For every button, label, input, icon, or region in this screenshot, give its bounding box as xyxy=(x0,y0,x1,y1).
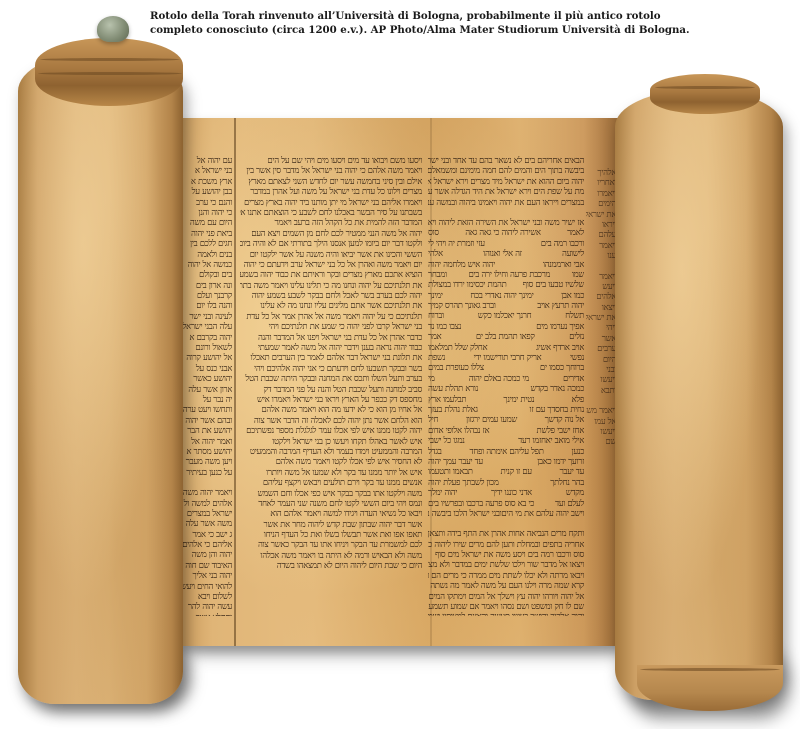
hebrew-text-segment: זה אלי ואנוהו xyxy=(483,249,522,259)
song-of-the-sea-line: אפיך נערמו מיםנצבו כמו נד xyxy=(428,322,584,332)
song-of-the-sea-line: וישב יהוה עלהם את מי היםובני ישראל הלכו … xyxy=(428,509,584,519)
hebrew-text-line: יהושע מסתר א xyxy=(180,447,232,457)
hebrew-text-segment: לעלם ועד xyxy=(555,499,584,509)
hebrew-text-segment: יהוה איש מלחמה יהוה xyxy=(428,260,495,270)
parchment-seam xyxy=(234,118,236,646)
hebrew-text-line: את ישראל xyxy=(586,210,616,220)
hebrew-text-line: היום כי שבת היום ליהוה היום לא תמצאהו בש… xyxy=(240,561,422,571)
text-column-left-narrow: עם יהוה אלבני ישראל אארץ משכת אבבן יהושע… xyxy=(180,156,232,616)
song-of-the-sea-line: אז ישיר משה ובני ישראל את השירה הזאת ליה… xyxy=(428,218,584,228)
hebrew-text-line: המדבר הזה להמית את כל הקהל הזה ברעב ויאמ… xyxy=(240,218,422,228)
hebrew-text-segment: תשלח xyxy=(565,311,584,321)
song-of-the-sea-line: עד יעברעם זו קניתתבאמו ותטעמו xyxy=(428,467,584,477)
hebrew-text-line: ארץ משכת א xyxy=(180,177,232,187)
hebrew-text-line: והנה בלו יום xyxy=(180,301,232,311)
hebrew-text-segment: אלהי xyxy=(428,249,443,259)
hebrew-text-segment: סוס xyxy=(428,228,439,238)
hebrew-text-line: בני ישראל קרבו לפני יהוה כי שמע את תלנתי… xyxy=(240,322,422,332)
hebrew-text-line: ויאמר xyxy=(586,272,616,282)
hebrew-text-line: ואמר יהוה אל xyxy=(180,437,232,447)
song-of-the-sea-line: אבי וארממנהויהוה איש מלחמה יהוה xyxy=(428,260,584,270)
hebrew-text-segment: מקדש xyxy=(566,488,584,498)
hebrew-text-segment: אמר xyxy=(428,332,441,342)
hebrew-text-line: ויצאו אל מדבר שור וילכו שלשת ימים במדבר … xyxy=(428,560,584,570)
hebrew-text-segment: חיל xyxy=(428,415,438,425)
parchment-sheet: עם יהוה אלבני ישראל אארץ משכת אבבן יהושע… xyxy=(176,118,634,646)
hebrew-text-segment: נטית ימינך xyxy=(503,395,534,405)
hebrew-text-line: מת על שפת הים וירא ישראל את היד הגדלה אש… xyxy=(428,187,584,197)
song-of-the-sea-line: אחז ישבי פלשתאז נבהלו אלופי אדום xyxy=(428,426,584,436)
hebrew-text-segment: שלשיו טבעו בים סוף xyxy=(523,280,584,290)
hebrew-text-line: יהוה בני אליך xyxy=(180,571,232,581)
hebrew-text-segment: אשירה ליהוה כי גאה גאה xyxy=(465,228,540,238)
hebrew-text-segment: צללו כעופרת במים xyxy=(428,363,484,373)
song-of-the-sea-line: בהר נחלתךמכון לשבתך פעלת יהוה xyxy=(428,478,584,488)
hebrew-text-segment: יהוה ימלך xyxy=(428,488,457,498)
hebrew-text-line: משה וילקטו אתו בבקר בבקר איש כפי אכלו וח… xyxy=(240,489,422,499)
hebrew-text-segment: וברב גאונך תהרס קמיך xyxy=(428,301,496,311)
hebrew-text-line: במצרים וייראו העם את יהוה ויאמינו ביהוה … xyxy=(428,198,584,208)
song-of-the-sea-line: אדיריםמי כמכה באלם יהוהמי xyxy=(428,374,584,384)
hebrew-text-line: ויסעו משם ויבואו עד מים ויסעו מים ויהי ש… xyxy=(240,156,422,166)
hebrew-text-segment: תבאמו ותטעמו xyxy=(428,467,473,477)
hebrew-text-segment: אל נוה קדשך xyxy=(545,415,584,425)
hebrew-text-line: ויען משה מעבר xyxy=(180,457,232,467)
hebrew-text-line: לא החסיר איש לפי אכלו לקטו ויאמר משה אלה… xyxy=(240,457,422,467)
hebrew-text-line: אבני כנס על xyxy=(180,364,232,374)
hebrew-text-line: הוציא אתכם מארץ מצרים ובקר וראיתם את כבו… xyxy=(240,270,422,280)
hebrew-text-segment: עם זו קנית xyxy=(500,467,531,477)
hebrew-text-line: לשלום ויבא xyxy=(180,592,232,602)
hebrew-text-segment: ומבחר xyxy=(428,270,447,280)
hebrew-text-line: ותחשו ויעט ערה xyxy=(180,405,232,415)
hebrew-text-line: ענו xyxy=(586,251,616,261)
hebrew-text-segment: אדירים xyxy=(563,374,584,384)
hebrew-text-line: הששי והכינו את אשר יביאו והיה משנה על אש… xyxy=(240,250,422,260)
hebrew-text-line: היום עם משה xyxy=(180,218,232,228)
song-of-the-sea-line: יהוה תרעץ אויבוברב גאונך תהרס קמיך xyxy=(428,301,584,311)
hebrew-text-line: יהוה אלהיך והישר בעיניו תעשה והאזנת למצו… xyxy=(428,612,584,616)
hebrew-text-line: יהוה לקטו ממנו איש לפי אכלו עמר לגלגלת מ… xyxy=(240,426,422,436)
hebrew-text-line: יהושע את הבר xyxy=(180,426,232,436)
hebrew-text-line: ויבאו מרתה ולא יכלו לשתת מים ממרה כי מרי… xyxy=(428,571,584,581)
hebrew-text-segment: חרנך יאכלמו כקש xyxy=(478,311,532,321)
hebrew-text-segment: אחלק שלל תמלאמו xyxy=(428,343,487,353)
hebrew-text-line: ויאמר יהוה משה xyxy=(180,488,232,498)
hebrew-text-line: ויבאו כל נשיאי העדה ויגידו למשה ויאמר אל… xyxy=(240,509,422,519)
hebrew-text-segment: כמכה נאדר בקדש xyxy=(530,384,584,394)
hebrew-text-line: ולקטו דבר יום ביומו למען אנסנו הילך בתור… xyxy=(240,239,422,249)
text-column-middle: ויסעו משם ויבואו עד מים ויסעו מים ויהי ש… xyxy=(240,156,422,576)
song-of-the-sea-line: שלשיו טבעו בים סוףתהמת יכסימו ירדו במצול… xyxy=(428,280,584,290)
hebrew-text-line: מחספס דק ככפר על הארץ ויראו בני ישראל וי… xyxy=(240,395,422,405)
hebrew-text-line: בשר ובבקר תשבעו לחם וידעתם כי אני יהוה א… xyxy=(240,364,422,374)
hebrew-text-line: המרבה והממעיט וימדו בעמר ולא העדיף המרבה… xyxy=(240,447,422,457)
hebrew-text-segment: אז נבהלו אלופי אדום xyxy=(428,426,489,436)
hebrew-text-line: אלהים למשה ול xyxy=(180,499,232,509)
hebrew-text-segment: בגדל xyxy=(428,447,442,457)
hebrew-text-line: אל אחיו מן הוא כי לא ידעו מה הוא ויאמר מ… xyxy=(240,405,422,415)
hebrew-text-segment: אילי מואב יאחזמו רעד xyxy=(518,436,584,446)
hebrew-text-line: יהושע כאשר xyxy=(180,374,232,384)
hebrew-text-line: בים ובקולם xyxy=(180,270,232,280)
hebrew-text-line: ארון אשר עלה xyxy=(180,385,232,395)
hebrew-text-segment: נצבו כמו נד xyxy=(428,322,461,332)
hebrew-text-line: בני ישראל א xyxy=(180,166,232,176)
hebrew-text-line: ויעשו xyxy=(586,375,616,385)
hebrew-text-line: ביאת פני יהוה xyxy=(180,229,232,239)
hebrew-text-line: שם xyxy=(586,437,616,447)
hebrew-text-line: אל יהוה ויורהו יהוה עץ וישלך אל המים וימ… xyxy=(428,592,584,602)
hebrew-text-segment: עזי וזמרת יה ויהי לי xyxy=(428,239,485,249)
song-of-the-sea-line: אויב ארדף אשיגאחלק שלל תמלאמו xyxy=(428,343,584,353)
hebrew-text-line: אשר דבר יהוה שבתון שבת קדש ליהוה מחר את … xyxy=(240,520,422,530)
hebrew-text-line: אל עמו xyxy=(586,417,616,427)
song-of-the-sea-line: נחית בחסדך עם זוגאלת נהלת בעזך xyxy=(428,405,584,415)
hebrew-text-line: עשה יהוה להר xyxy=(180,602,232,612)
hebrew-text-line: ויאמרו xyxy=(586,189,616,199)
hebrew-text-line: לכם למשמרת עד הבקר ויניחו אתו עד הבקר כא… xyxy=(240,540,422,550)
left-roller-band xyxy=(38,72,182,75)
hebrew-text-line: סביב למחנה ותעל שכבת הטל והנה על פני המד… xyxy=(240,385,422,395)
hebrew-text-line: ויראו xyxy=(586,220,616,230)
hebrew-text-line: יה נבר על xyxy=(180,395,232,405)
hebrew-text-segment: אריק חרבי תורישמו ידי xyxy=(474,353,542,363)
hebrew-text-line: איש אל יותר ממנו עד בקר ולא שמעו אל משה … xyxy=(240,468,422,478)
hebrew-text-line: שם לו חק ומשפט ושם נסהו ויאמר אם שמוע תש… xyxy=(428,602,584,612)
hebrew-text-line: אל יהושע קרוה xyxy=(180,353,232,363)
hebrew-text-segment: תבלעמו ארץ xyxy=(428,395,466,405)
hebrew-text-line: ויאמרו אליהם בני ישראל מי יתן מותנו ביד … xyxy=(240,198,422,208)
hebrew-text-segment: ימינך xyxy=(428,291,443,301)
hebrew-text-line: ובהם אשר יהוה xyxy=(180,416,232,426)
hebrew-text-line: ויצאו xyxy=(586,303,616,313)
hebrew-text-segment: כי בא סוס פרעה ברכבו ובפרשיו בים xyxy=(428,499,534,509)
hebrew-text-line: ותבא xyxy=(586,386,616,396)
hebrew-text-segment: לישועה xyxy=(562,249,584,259)
right-roller-band xyxy=(640,668,780,671)
hebrew-text-line: עלה הבני ישראל xyxy=(180,322,232,332)
hebrew-text-segment: נזלים xyxy=(569,332,584,342)
hebrew-text-line: היום xyxy=(586,355,616,365)
hebrew-text-segment: ובני ישראל הלכו ביבשה בתוך הים xyxy=(428,509,501,519)
hebrew-text-line: תאפו אפו ואת אשר תבשלו בשלו ואת כל העדף … xyxy=(240,530,422,540)
hebrew-text-line: אחריה בתפים ובמחלת ותען להם מרים שירו לי… xyxy=(428,540,584,550)
hebrew-text-segment: אפיך נערמו מים xyxy=(536,322,584,332)
hebrew-text-line: את תלנתיכם אשר אתם מלינים עליו ונחנו מה … xyxy=(240,301,422,311)
hebrew-text-segment: קפאו תהמת בלב ים xyxy=(476,332,535,342)
hebrew-text-line: משה ולא הבאיש ורמה לא היתה בו ויאמר משה … xyxy=(240,551,422,561)
hebrew-text-line: ויעשו xyxy=(586,427,616,437)
hebrew-text-segment: כנען xyxy=(572,447,584,457)
right-roller-top-cap xyxy=(650,74,760,114)
hebrew-text-line: ויעש xyxy=(586,282,616,292)
hebrew-text-line: ערבים xyxy=(586,344,616,354)
hebrew-text-line: כבוד יהוה נראה בענן וידבר יהוה אל משה לא… xyxy=(240,343,422,353)
hebrew-text-line: בנים ולאמה xyxy=(180,250,232,260)
hebrew-text-line: יום ויאמר משה ואהרן אל כל בני ישראל ערב … xyxy=(240,260,422,270)
hebrew-text-segment: שמו xyxy=(572,270,584,280)
song-of-the-sea-line: תשלחחרנך יאכלמו כקשוברוח xyxy=(428,311,584,321)
hebrew-text-line: בערב ותעל השלו ותכס את המחנה ובבקר היתה … xyxy=(240,374,422,384)
hebrew-text-segment: וישב יהוה עלהם את מי הים xyxy=(501,509,584,519)
hebrew-text-segment: זרועך ידמו כאבן xyxy=(537,457,584,467)
hebrew-text-line: קרא שמה מרה וילנו העם על משה לאמר מה נשת… xyxy=(428,581,584,591)
hebrew-text-line: חגים ללכם בין xyxy=(180,239,232,249)
song-of-the-sea-line: כמו אבןימינך יהוה נאדרי בכחימינך xyxy=(428,291,584,301)
hebrew-text-segment: יהוה תרעץ אויב xyxy=(537,301,584,311)
hebrew-text-segment: נפשי xyxy=(570,353,584,363)
song-of-the-sea-line: כנעןתפל עליהם אימתה ופחדבגדל xyxy=(428,447,584,457)
hebrew-text-line: מצרים וילונו כל עדת בני ישראל על משה ועל… xyxy=(240,187,422,197)
right-roller-band xyxy=(655,86,755,89)
hebrew-text-line: יהוה אל משה הנני ממטיר לכם לחם מן השמים … xyxy=(240,229,422,239)
hebrew-text-line: יהוה בקרבם א xyxy=(180,333,232,343)
text-column-partial: אלהיךואחריוויאמרוהימיםאת ישראלויראועלהםו… xyxy=(586,168,616,608)
hebrew-text-segment: ורכבו רמה בים xyxy=(541,239,584,249)
hebrew-text-line: ואחריו xyxy=(586,178,616,188)
hebrew-text-segment: מי xyxy=(428,374,435,384)
hebrew-text-line: ותקח מרים הנביאה אחות אהרן את התף בידה ו… xyxy=(428,529,584,539)
song-of-the-sea-line: פלאנטית ימינךתבלעמו ארץ xyxy=(428,395,584,405)
text-column-right-song: הבאים אחריהם בים לא נשאר בהם עד אחד ובני… xyxy=(428,156,584,616)
song-of-the-sea-line: אל נוה קדשךשמעו עמים ירגזוןחיל xyxy=(428,415,584,425)
hebrew-text-segment: לאמר xyxy=(567,228,584,238)
hebrew-text-segment: וברוח xyxy=(428,311,444,321)
hebrew-text-segment: מכון לשבתך פעלת יהוה xyxy=(428,478,499,488)
song-of-the-sea-line: לישועהזה אלי ואנוהואלהי xyxy=(428,249,584,259)
hebrew-text-segment: נמגו כל ישבי xyxy=(428,436,465,446)
hebrew-text-segment: כמו אבן xyxy=(561,291,584,301)
left-roller-band xyxy=(40,58,180,61)
hebrew-text-line: ויאמר xyxy=(586,241,616,251)
song-of-the-sea-line: נזליםקפאו תהמת בלב יםאמר xyxy=(428,332,584,342)
hebrew-text-line: והנם כי ערב xyxy=(180,198,232,208)
song-of-the-sea-line: לעלם ועדכי בא סוס פרעה ברכבו ובפרשיו בים xyxy=(428,499,584,509)
hebrew-text-line: ונמס ויהי ביום הששי לקטו לחם משנה שני הע… xyxy=(240,499,422,509)
hebrew-text-segment: גאלת נהלת בעזך xyxy=(428,405,478,415)
hebrew-text-segment: אבי וארממנהו xyxy=(543,260,584,270)
hebrew-text-line: להואי החים ויעשו xyxy=(180,582,232,592)
hebrew-text-line: אליהם כי אלהים xyxy=(180,540,232,550)
hebrew-text-segment: אויב ארדף אשיג xyxy=(536,343,584,353)
hebrew-text-segment: תפל עליהם אימתה ופחד xyxy=(470,447,544,457)
hebrew-text-line: הוא הלחם אשר נתן יהוה לכם לאכלה זה הדבר … xyxy=(240,416,422,426)
hebrew-text-segment: פלא xyxy=(572,395,584,405)
hebrew-text-segment: תהמת יכסימו ירדו במצולת xyxy=(428,280,506,290)
hebrew-text-segment: נורא תהלת עשה xyxy=(428,384,478,394)
hebrew-text-segment: נשפת xyxy=(428,353,445,363)
hebrew-text-line: קרבנך ועלם xyxy=(180,291,232,301)
hebrew-text-line: את תלונת בני ישראל דבר אלהם לאמר בין הער… xyxy=(240,353,422,363)
hebrew-text-line: הבאים אחריהם בים לא נשאר בהם עד אחד ובני… xyxy=(428,156,584,166)
hebrew-text-segment: שמעו עמים ירגזון xyxy=(466,415,517,425)
hebrew-text-line: אשר xyxy=(586,334,616,344)
hebrew-text-line: סוס ורכבו רמה בים ויסע משה את ישראל מים … xyxy=(428,550,584,560)
hebrew-text-segment: מרכבת פרעה וחילו ירה בים xyxy=(468,270,550,280)
song-of-the-sea-line: שמומרכבת פרעה וחילו ירה ביםומבחר xyxy=(428,270,584,280)
hebrew-text-line: לעינה ובני ישר xyxy=(180,312,232,322)
hebrew-text-line: אילם ובין סיני בחמשה עשר יום לחדש השני ל… xyxy=(240,177,422,187)
hebrew-text-segment: ימינך יהוה נאדרי בכח xyxy=(470,291,533,301)
hebrew-text-line: ותחלא אשר xyxy=(180,613,232,616)
hebrew-text-line: ג ישב כי אמר xyxy=(180,530,232,540)
hebrew-text-line: יהוה לכם בערב בשר לאכל ולחם בבקר לשבע בש… xyxy=(240,291,422,301)
hebrew-text-segment: עד יעבר xyxy=(560,467,584,477)
song-of-the-sea-line: מקדשאדני כוננו ידיךיהוה ימלך xyxy=(428,488,584,498)
hebrew-text-line: משה אשר עלה xyxy=(180,519,232,529)
hebrew-text-line: בבן יהושע על xyxy=(180,187,232,197)
song-of-the-sea-line: ברוחך כסמו יםצללו כעופרת במים xyxy=(428,363,584,373)
hebrew-text-segment: עד יעבר עמך יהוה xyxy=(428,457,483,467)
song-of-the-sea-line: כמכה נאדר בקדשנורא תהלת עשה xyxy=(428,384,584,394)
hebrew-text-line: ובני xyxy=(586,365,616,375)
hebrew-text-line: האיבוד שם חוה xyxy=(180,561,232,571)
hebrew-text-line: ונה ארון בים xyxy=(180,281,232,291)
torah-scroll-photo: עם יהוה אלבני ישראל אארץ משכת אבבן יהושע… xyxy=(0,0,800,729)
left-scroll-roller xyxy=(18,52,183,704)
hebrew-text-line: ויאמר משה xyxy=(586,406,616,416)
hebrew-text-line: ישראל במצרים xyxy=(180,509,232,519)
song-of-the-sea-line: לאמראשירה ליהוה כי גאה גאהסוס xyxy=(428,228,584,238)
hebrew-text-line: ביבשה בתוך הים והמים להם חמה מימינם ומשמ… xyxy=(428,166,584,176)
hebrew-text-line: לשאול ורונם xyxy=(180,343,232,353)
song-of-the-sea-line: ורכבו רמה ביםעזי וזמרת יה ויהי לי xyxy=(428,239,584,249)
song-of-the-sea-line: זרועך ידמו כאבןעד יעבר עמך יהוה xyxy=(428,457,584,467)
hebrew-text-line: אלהים xyxy=(586,292,616,302)
hebrew-text-line: כי יהוה והנן xyxy=(180,208,232,218)
hebrew-text-line: ויהי xyxy=(586,323,616,333)
hebrew-text-line: יהוה ביום ההוא את ישראל מיד מצרים וירא י… xyxy=(428,177,584,187)
hebrew-text-line: בשבתנו על סיר הבשר באכלנו לחם לשבע כי הו… xyxy=(240,208,422,218)
right-scroll-roller xyxy=(615,90,783,700)
hebrew-text-segment: ברוחך כסמו ים xyxy=(540,363,584,373)
hebrew-text-line: אלהיך xyxy=(586,168,616,178)
hebrew-text-line: עלהם xyxy=(586,230,616,240)
song-of-the-sea-line: אילי מואב יאחזמו רעדנמגו כל ישבי xyxy=(428,436,584,446)
hebrew-text-line: איש לאשר באהלו תקחו ויעשו כן בני ישראל ו… xyxy=(240,437,422,447)
hebrew-text-line: כדבר אהרן אל כל עדת בני ישראל ויפנו אל ה… xyxy=(240,333,422,343)
hebrew-text-line: על כנען בעיתיר xyxy=(180,468,232,478)
roller-handle-knob xyxy=(97,16,129,42)
hebrew-text-line: את ישראל xyxy=(586,313,616,323)
hebrew-text-segment: בהר נחלתך xyxy=(550,478,584,488)
hebrew-text-segment: אחז ישבי פלשת xyxy=(537,426,584,436)
hebrew-text-segment: מי כמכה באלם יהוה xyxy=(469,374,529,384)
hebrew-text-line: ויאמר משה אלהם כי יהוה בני ישראל אל מדבר… xyxy=(240,166,422,176)
hebrew-text-segment: אז ישיר משה ובני ישראל את השירה הזאת ליה… xyxy=(428,218,584,228)
hebrew-text-line: כמשה אל יהוה xyxy=(180,260,232,270)
hebrew-text-line: עם יהוה אל xyxy=(180,156,232,166)
hebrew-text-line: תלנתיכם כי על יהוה ויאמר משה אל אהרן אמר… xyxy=(240,312,422,322)
hebrew-text-line: את תלנתיכם על יהוה ונחנו מה כי תלינו עלי… xyxy=(240,281,422,291)
hebrew-text-line: יהוה והן משה xyxy=(180,550,232,560)
hebrew-text-line: הימים xyxy=(586,199,616,209)
song-of-the-sea-line: נפשיאריק חרבי תורישמו ידינשפת xyxy=(428,353,584,363)
hebrew-text-segment: נחית בחסדך עם זו xyxy=(530,405,584,415)
hebrew-text-segment: אדני כוננו ידיך xyxy=(491,488,532,498)
hebrew-text-line: אנשים ממנו עד בקר וירם תולעים ויבאש ויקצ… xyxy=(240,478,422,488)
